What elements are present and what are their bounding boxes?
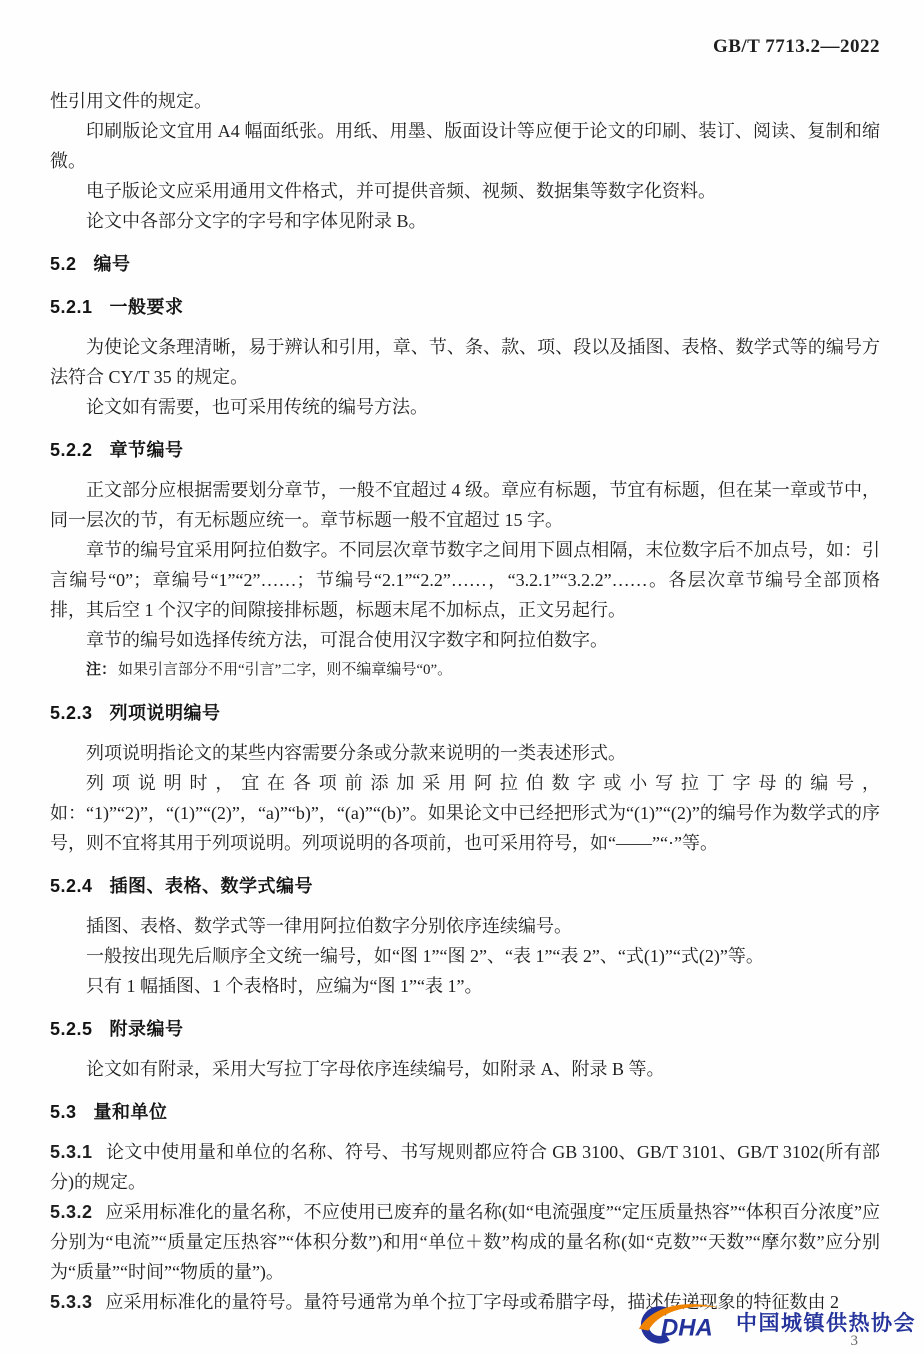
document-body: 性引用文件的规定。 印刷版论文宜用 A4 幅面纸张。用纸、用墨、版面设计等应便于…	[50, 86, 880, 1317]
section-number: 5.3	[50, 1102, 77, 1122]
subsection-title: 插图、表格、数学式编号	[110, 876, 314, 896]
paragraph: 论文如有需要，也可采用传统的编号方法。	[50, 392, 880, 422]
paragraph: 插图、表格、数学式等一律用阿拉伯数字分别依序连续编号。	[50, 911, 880, 941]
paragraph: 列项说明指论文的某些内容需要分条或分款来说明的一类表述形式。	[50, 738, 880, 768]
clause-number: 5.3.3	[50, 1292, 93, 1312]
clause-text: 应采用标准化的量名称，不应使用已废弃的量名称(如“电流强度”“定压质量热容”“体…	[50, 1202, 880, 1282]
paragraph: 章节的编号如选择传统方法，可混合使用汉字数字和阿拉伯数字。	[50, 625, 880, 655]
section-title: 编号	[94, 254, 131, 274]
cdha-logo: DHA 中国城镇供热协会	[635, 1299, 916, 1345]
paragraph: 列项说明时，宜在各项前添加采用阿拉伯数字或小写拉丁字母的编号，如：“1)”“2)…	[50, 768, 880, 858]
paragraph: 论文中各部分文字的字号和字体见附录 B。	[50, 206, 880, 236]
subsection-number: 5.2.5	[50, 1019, 93, 1039]
subsection-title: 一般要求	[110, 297, 184, 317]
clause-number: 5.3.2	[50, 1202, 93, 1222]
paragraph: 章节的编号宜采用阿拉伯数字。不同层次章节数字之间用下圆点相隔，末位数字后不加点号…	[50, 535, 880, 625]
paragraph: 正文部分应根据需要划分章节，一般不宜超过 4 级。章应有标题，节宜有标题，但在某…	[50, 475, 880, 535]
subsection-heading-5-2-2: 5.2.2章节编号	[50, 435, 880, 465]
paragraph: 一般按出现先后顺序全文统一编号，如“图 1”“图 2”、“表 1”“表 2”、“…	[50, 941, 880, 971]
cdha-org-name: 中国城镇供热协会	[736, 1307, 916, 1337]
note-text: 如果引言部分不用“引言”二字，则不编章编号“0”。	[118, 662, 452, 678]
subsection-heading-5-2-1: 5.2.1一般要求	[50, 292, 880, 322]
clause-5-3-1: 5.3.1论文中使用量和单位的名称、符号、书写规则都应符合 GB 3100、GB…	[50, 1137, 880, 1197]
standard-number-header: GB/T 7713.2—2022	[50, 34, 880, 60]
paragraph: 论文如有附录，采用大写拉丁字母依序连续编号，如附录 A、附录 B 等。	[50, 1054, 880, 1084]
subsection-number: 5.2.2	[50, 440, 93, 460]
paragraph: 为使论文条理清晰，易于辨认和引用，章、节、条、款、项、段以及插图、表格、数学式等…	[50, 332, 880, 392]
subsection-heading-5-2-5: 5.2.5附录编号	[50, 1014, 880, 1044]
note: 注：如果引言部分不用“引言”二字，则不编章编号“0”。	[50, 655, 880, 685]
subsection-title: 附录编号	[110, 1019, 184, 1039]
cdha-acronym: DHA	[661, 1314, 713, 1341]
note-label: 注：	[86, 661, 116, 678]
clause-text: 论文中使用量和单位的名称、符号、书写规则都应符合 GB 3100、GB/T 31…	[50, 1142, 880, 1192]
subsection-heading-5-2-3: 5.2.3列项说明编号	[50, 698, 880, 728]
clause-number: 5.3.1	[50, 1142, 93, 1162]
section-number: 5.2	[50, 254, 77, 274]
clause-5-3-2: 5.3.2应采用标准化的量名称，不应使用已废弃的量名称(如“电流强度”“定压质量…	[50, 1197, 880, 1287]
subsection-number: 5.2.4	[50, 876, 93, 896]
section-heading-5-2: 5.2编号	[50, 249, 880, 279]
section-title: 量和单位	[94, 1102, 168, 1122]
document-page: GB/T 7713.2—2022 性引用文件的规定。 印刷版论文宜用 A4 幅面…	[0, 0, 924, 1354]
subsection-number: 5.2.1	[50, 297, 93, 317]
paragraph: 只有 1 幅插图、1 个表格时，应编为“图 1”“表 1”。	[50, 971, 880, 1001]
section-heading-5-3: 5.3量和单位	[50, 1097, 880, 1127]
carryover-paragraph: 性引用文件的规定。	[50, 86, 880, 116]
subsection-title: 列项说明编号	[110, 703, 221, 723]
paragraph: 印刷版论文宜用 A4 幅面纸张。用纸、用墨、版面设计等应便于论文的印刷、装订、阅…	[50, 116, 880, 176]
cdha-logo-icon: DHA	[635, 1299, 731, 1345]
subsection-heading-5-2-4: 5.2.4插图、表格、数学式编号	[50, 871, 880, 901]
subsection-title: 章节编号	[110, 440, 184, 460]
paragraph: 电子版论文应采用通用文件格式，并可提供音频、视频、数据集等数字化资料。	[50, 176, 880, 206]
subsection-number: 5.2.3	[50, 703, 93, 723]
